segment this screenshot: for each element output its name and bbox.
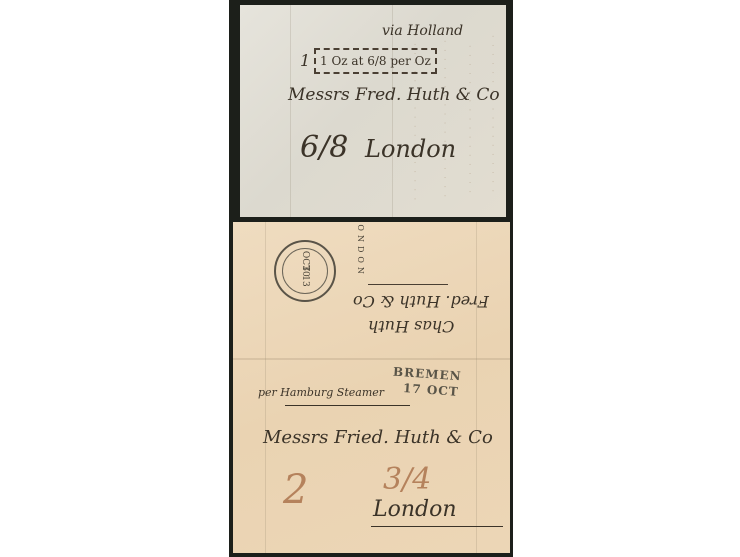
top-cover: · · · · · · · · · · · · · · · · · · · · … (240, 5, 506, 217)
docket-line: Fred. Huth & Co (353, 292, 489, 311)
rate-manuscript-red: 2 (283, 467, 308, 513)
docket-stroke (368, 284, 448, 285)
endorsement-underline (285, 405, 410, 406)
rate-handstamp: 1 Oz at 6/8 per Oz (314, 48, 437, 74)
show-through-text: · · · · · · · · · · · · · · · · · · (440, 40, 449, 215)
bottom-cover: OCT 30 13 LONDON Fred. Huth & Co Chas Hu… (233, 222, 510, 553)
route-endorsement: via Holland (382, 23, 463, 39)
fold-line (290, 5, 291, 217)
show-through-text: · · · · · · · · · · · · · · · · · (465, 45, 474, 215)
datestamp-year: 13 (300, 252, 310, 310)
docket-line: Chas Huth (368, 317, 454, 336)
addressee: Messrs Fried. Huth & Co (263, 427, 493, 448)
bremen-stamp-date: 17 OCT (403, 381, 460, 399)
destination: London (373, 497, 457, 522)
show-through-text: · · · · · · · · · · · · · · · · · · (488, 35, 497, 215)
route-endorsement: per Hamburg Steamer (258, 386, 384, 399)
destination: London (365, 135, 456, 163)
rate-manuscript-red: 3/4 (383, 462, 431, 497)
addressee: Messrs Fred. Huth & Co (288, 85, 500, 105)
destination-underline (371, 526, 503, 527)
london-datestamp: OCT 30 13 (274, 240, 336, 302)
rate-manuscript: 6/8 (300, 130, 348, 165)
fold-line (233, 358, 510, 360)
handstamp-prefix: 1 (300, 51, 310, 70)
datestamp-town: LONDON (356, 222, 365, 278)
fold-line (476, 222, 477, 553)
